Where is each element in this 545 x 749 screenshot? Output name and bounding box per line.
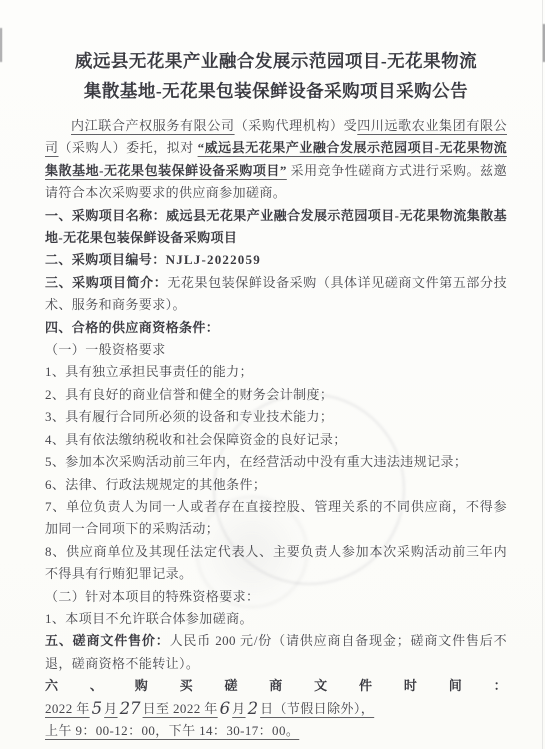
purchase-hours: 上午 9：00-12：00，下午 14：30-17：00。 bbox=[45, 723, 299, 738]
date-holiday-note: 日（节假日除外）， bbox=[260, 701, 374, 716]
section-3-label: 三、采购项目简介： bbox=[45, 275, 167, 290]
date-month-char-1: 月 bbox=[104, 701, 117, 716]
purchase-date-range: 2022 年5月27日至 2022 年6月2日（节假日除外）， bbox=[45, 701, 374, 716]
handwritten-month-start: 5 bbox=[90, 701, 105, 718]
section-2-label: 二、采购项目编号： bbox=[45, 252, 166, 267]
qualification-item-2: 2、具有良好的商业信誉和健全的财务会计制度； bbox=[45, 384, 507, 406]
qualification-item-1: 1、具有独立承担民事责任的能力； bbox=[45, 361, 507, 383]
handwritten-day-end: 2 bbox=[246, 701, 261, 718]
special-qualification-item-1: 1、本项目不允许联合体参加磋商。 bbox=[45, 608, 507, 630]
section-1-label: 一、采购项目名称： bbox=[45, 208, 166, 223]
scan-artifact-left bbox=[0, 28, 2, 62]
qualification-item-8: 8、供应商单位及其现任法定代表人、主要负责人参加本次采购活动前三年内不得具有行贿… bbox=[45, 541, 507, 586]
qualification-item-5: 5、参加本次采购活动前三年内，在经营活动中没有重大违法违规记录； bbox=[45, 451, 507, 473]
qualification-item-7: 7、单位负责人为同一人或者存在直接控股、管理关系的不同供应商，不得参加同一合同项… bbox=[45, 496, 507, 541]
date-to-year-end: 日至 2022 年 bbox=[143, 701, 218, 716]
qualification-item-3: 3、具有履行合同所必须的设备和专业技术能力； bbox=[45, 406, 507, 428]
date-month-char-2: 月 bbox=[232, 701, 245, 716]
purchase-time-underlined: 2022 年5月27日至 2022 年6月2日（节假日除外），上午 9：00-1… bbox=[45, 701, 374, 738]
general-qualification-header: （一）一般资格要求 bbox=[45, 339, 507, 361]
document-body: 威远县无花果产业融合发展示范园项目-无花果物流 集散基地-无花果包装保鲜设备采购… bbox=[45, 46, 507, 742]
handwritten-day-start: 27 bbox=[118, 701, 143, 718]
special-qualification-header: （二）针对本项目的特殊资格要求： bbox=[45, 586, 507, 608]
qualification-item-6: 6、法律、行政法规规定的其他条件； bbox=[45, 474, 507, 496]
scan-edge-line bbox=[542, 0, 543, 749]
section-qualification-header: 四、合格的供应商资格条件： bbox=[45, 317, 507, 339]
project-number-value: NJLJ-2022059 bbox=[166, 252, 261, 267]
section-5-label: 五、磋商文件售价： bbox=[45, 633, 170, 648]
qualification-item-4: 4、具有依法缴纳税收和社会保障资金的良好记录； bbox=[45, 429, 507, 451]
section-document-price: 五、磋商文件售价：人民币 200 元/份（请供应商自备现金；磋商文件售后不退，磋… bbox=[45, 630, 507, 675]
scanned-document-page: 威远县无花果产业融合发展示范园项目-无花果物流 集散基地-无花果包装保鲜设备采购… bbox=[0, 0, 545, 749]
section-6-label: 六、购买磋商文件时间： bbox=[45, 678, 507, 693]
announcement-title: 威远县无花果产业融合发展示范园项目-无花果物流 集散基地-无花果包装保鲜设备采购… bbox=[45, 46, 507, 106]
date-year-start: 2022 年 bbox=[45, 701, 90, 716]
title-line-2: 集散基地-无花果包装保鲜设备采购项目采购公告 bbox=[45, 76, 507, 106]
agency-name: 内江联合产权服务有限公司 bbox=[71, 118, 235, 133]
section-project-name: 一、采购项目名称：威远县无花果产业融合发展示范园项目-无花果物流集散基地-无花果… bbox=[45, 205, 507, 250]
title-line-1: 威远县无花果产业融合发展示范园项目-无花果物流 bbox=[45, 46, 507, 76]
section-purchase-time: 六、购买磋商文件时间：2022 年5月27日至 2022 年6月2日（节假日除外… bbox=[45, 675, 507, 742]
section-project-number: 二、采购项目编号：NJLJ-2022059 bbox=[45, 249, 507, 271]
agency-role-text: （采购代理机构）受 bbox=[235, 118, 358, 133]
section-project-brief: 三、采购项目简介：无花果包装保鲜设备采购（具体详见磋商文件第五部分技术、服务和商… bbox=[45, 272, 507, 317]
intro-paragraph: 内江联合产权服务有限公司（采购代理机构）受四川远歌农业集团有限公司（采购人）委托… bbox=[45, 115, 507, 205]
handwritten-month-end: 6 bbox=[218, 701, 233, 718]
entrust-text: （采购人）委托，拟对 bbox=[59, 140, 198, 155]
